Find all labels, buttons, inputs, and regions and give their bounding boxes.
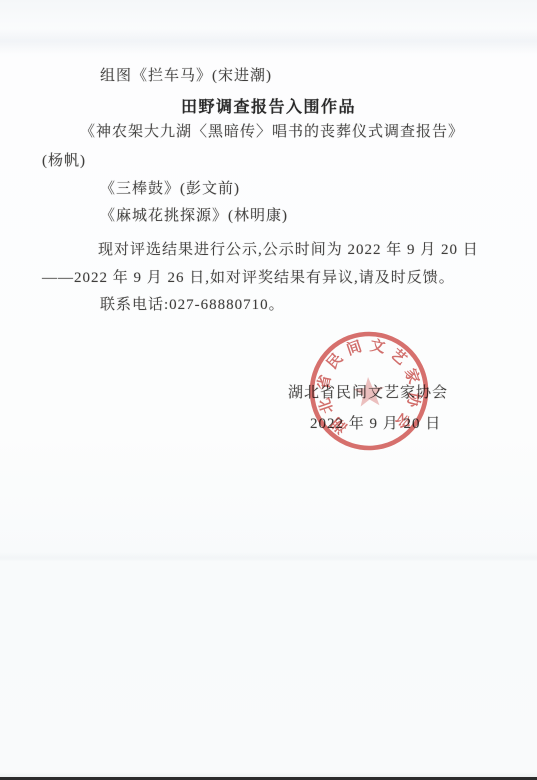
notice-line-2: ——2022 年 9 月 26 日,如对评奖结果有异议,请及时反馈。 [42,266,455,287]
svg-text:协: 协 [403,391,423,410]
entry-line: 《麻城花挑探源》(林明康) [100,204,288,225]
scanned-document-page: 组图《拦车马》(宋进潮) 田野调查报告入围作品 《神农架大九湖〈黑暗传〉唱书的丧… [0,0,537,780]
entry-line: 《三棒鼓》(彭文前) [100,177,240,198]
svg-text:北: 北 [316,396,337,416]
section-title: 田野调查报告入围作品 [0,94,537,117]
photo-entry-line: 组图《拦车马》(宋进潮) [100,64,272,85]
notice-line-1: 现对评选结果进行公示,公示时间为 2022 年 9 月 20 日 [98,238,479,259]
seal-star-icon [353,376,385,407]
scan-artifact-band-top [0,28,537,54]
scan-artifact-band-mid [0,552,537,562]
entry-report-title: 《神农架大九湖〈黑暗传〉唱书的丧葬仪式调查报告》 [80,120,464,141]
svg-text:省: 省 [315,373,335,391]
entry-report-author: (杨帆) [42,149,86,170]
contact-phone-line: 联系电话:027-68880710。 [100,293,285,314]
svg-text:文: 文 [369,336,387,357]
official-seal: 湖 北 省 民 间 文 艺 家 协 会 [289,311,449,471]
